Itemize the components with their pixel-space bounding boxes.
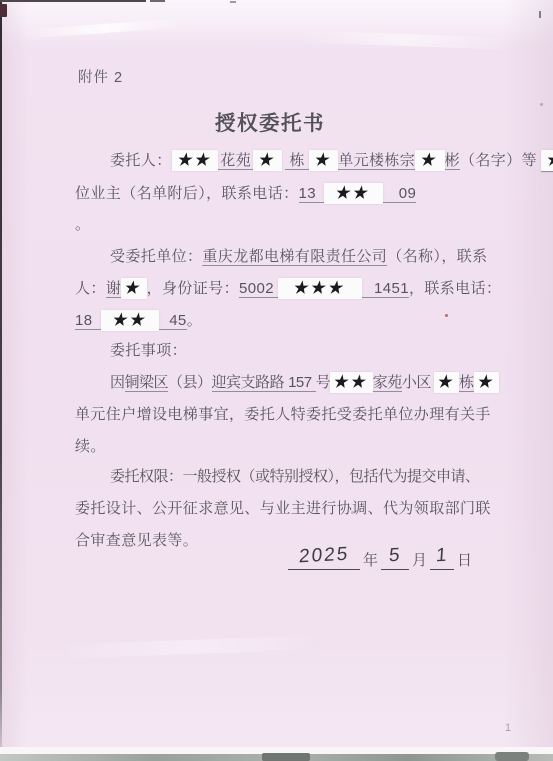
principal-label: 委托人：: [110, 152, 172, 169]
redaction-stars: ★: [436, 372, 457, 393]
scan-speck: [351, 511, 354, 514]
day-label: 日: [457, 549, 472, 570]
sentence-period: 。: [75, 216, 90, 233]
agent-label: 受委托单位：: [110, 248, 202, 265]
redaction-tape: ★: [253, 150, 282, 171]
scan-edge-top: [0, 0, 146, 2]
agent-line-3: 18★★45。: [75, 310, 202, 331]
owner-name-char: 彬: [445, 152, 460, 170]
redaction-tape: ★: [415, 150, 444, 171]
scan-edge-left: [0, 0, 2, 751]
redaction-tape: ★★: [172, 150, 219, 171]
agent-line-2: 人：谢★，身份证号：5002★★★1451，联系电话：: [75, 278, 501, 299]
redaction-stars: ★★★: [292, 278, 348, 299]
corner-ink-blob: [0, 4, 7, 17]
id-label: ，身份证号：: [147, 280, 239, 297]
scope-line-2: 委托设计、公开征求意见、与业主进行协调、代为领取部门联: [75, 498, 491, 519]
principal-line-1: 委托人：★★花苑★栋★单元楼栋宗★彬（名字）等★: [110, 150, 553, 172]
redaction-stars: ★★: [111, 310, 149, 331]
district-name: 铜梁区: [125, 374, 169, 392]
owners-label: 位业主（名单附后），联系电话：: [75, 185, 299, 202]
scope-line-3: 合审查意见表等。: [75, 530, 198, 551]
month-blank: 5: [381, 545, 409, 570]
street-name: 迎宾支路路: [212, 374, 285, 392]
phone-prefix: 13: [299, 185, 325, 203]
company-name: 重庆龙都电梯有限责任公司: [202, 248, 387, 266]
contact-label: 人：: [75, 280, 106, 297]
redaction-stars: ★: [419, 150, 440, 171]
redaction-tape: ★: [309, 150, 338, 171]
redaction-tape: ★★: [330, 372, 373, 393]
unit-text: 单元楼栋宗: [338, 152, 415, 170]
scanner-shadow-blob: [262, 753, 310, 761]
handwritten-year: 2025: [298, 544, 350, 569]
matters-label: 委托事项：: [110, 342, 187, 359]
redaction-tape: ★★★: [278, 278, 362, 299]
scan-speck: [539, 11, 541, 18]
sentence-period: 。: [187, 312, 202, 329]
agent-phone-suffix: 45: [159, 312, 187, 330]
scanner-shadow-blob: [495, 752, 529, 761]
scope-line-1: 委托权限：一般授权（或特别授权），包括代为提交申请、: [110, 466, 480, 487]
phone-suffix: 09: [383, 185, 417, 203]
scan-edge-top-dash: [150, 0, 165, 2]
id-prefix: 5002: [239, 280, 278, 298]
redaction-stars: ★: [313, 150, 334, 171]
handwritten-day: 1: [435, 545, 449, 568]
company-note: （名称），联系: [387, 248, 487, 265]
redaction-stars: ★: [476, 372, 497, 393]
street-number: 157: [284, 374, 316, 392]
principal-line-3: 。: [75, 214, 90, 235]
redaction-stars: ★★: [176, 150, 214, 171]
principal-line-2: 位业主（名单附后），联系电话：13★★09: [75, 183, 416, 204]
scope-text: 委托设计、公开征求意见、与业主进行协调、代为领取部门联: [75, 500, 491, 517]
scanned-document-page: 附件 2 授权委托书 委托人：★★花苑★栋★单元楼栋宗★彬（名字）等★ 位业主（…: [0, 0, 553, 761]
matters-line-1: 因铜梁区（县）迎宾支路路157号★★家苑小区★栋★: [110, 372, 499, 393]
contact-surname: 谢: [106, 280, 121, 298]
redaction-stars: ★: [545, 150, 553, 171]
matters-text: 单元住户增设电梯事宜，委托人特委托受委托单位办理有关手: [75, 406, 491, 423]
phone-label: ，联系电话：: [409, 280, 501, 297]
community-name: 家苑: [373, 374, 402, 392]
month-label: 月: [412, 549, 427, 570]
matters-text-end: 续。: [75, 438, 106, 455]
building-char: 栋: [285, 152, 308, 170]
scope-text-end: 合审查意见表等。: [75, 532, 198, 549]
document-title: 授权委托书: [0, 106, 540, 136]
estate-name: 花苑: [218, 152, 253, 170]
building-char: 栋: [459, 374, 474, 392]
scan-speck: [540, 103, 543, 106]
red-ink-dot: [445, 314, 448, 317]
matters-line-2: 单元住户增设电梯事宜，委托人特委托受委托单位办理有关手: [75, 404, 491, 425]
redaction-tape: ★: [434, 372, 459, 393]
number-suffix: 号: [316, 374, 331, 391]
scope-text: 委托权限：一般授权（或特别授权），包括代为提交申请、: [110, 468, 480, 485]
redaction-tape: ★★: [101, 310, 160, 331]
redaction-tape: ★: [474, 372, 499, 393]
county-note: （县）: [168, 374, 212, 391]
matters-line-3: 续。: [75, 436, 106, 457]
attachment-label: 附件 2: [78, 66, 123, 87]
redaction-tape: ★: [541, 150, 553, 172]
agent-line-1: 受委托单位：重庆龙都电梯有限责任公司（名称），联系: [110, 246, 488, 267]
redaction-stars: ★: [123, 278, 144, 299]
redaction-stars: ★★: [332, 372, 370, 393]
day-blank: 1: [430, 545, 454, 570]
id-suffix: 1451: [362, 280, 409, 298]
agent-phone-prefix: 18: [75, 312, 101, 330]
community-suffix: 小区: [402, 374, 431, 391]
redaction-stars: ★: [257, 150, 278, 171]
date-line: 2025年5月1日: [288, 545, 475, 570]
redaction-stars: ★★: [334, 183, 372, 204]
year-blank: 2025: [288, 545, 360, 570]
matters-heading: 委托事项：: [110, 340, 187, 361]
year-label: 年: [363, 549, 378, 570]
handwritten-month: 5: [388, 545, 402, 568]
name-note: （名字）等: [460, 152, 537, 169]
redaction-tape: ★: [121, 278, 146, 299]
faint-page-number: 1: [505, 722, 511, 734]
scan-speck: [230, 1, 236, 3]
redaction-tape: ★★: [324, 183, 383, 204]
because-char: 因: [110, 374, 125, 391]
